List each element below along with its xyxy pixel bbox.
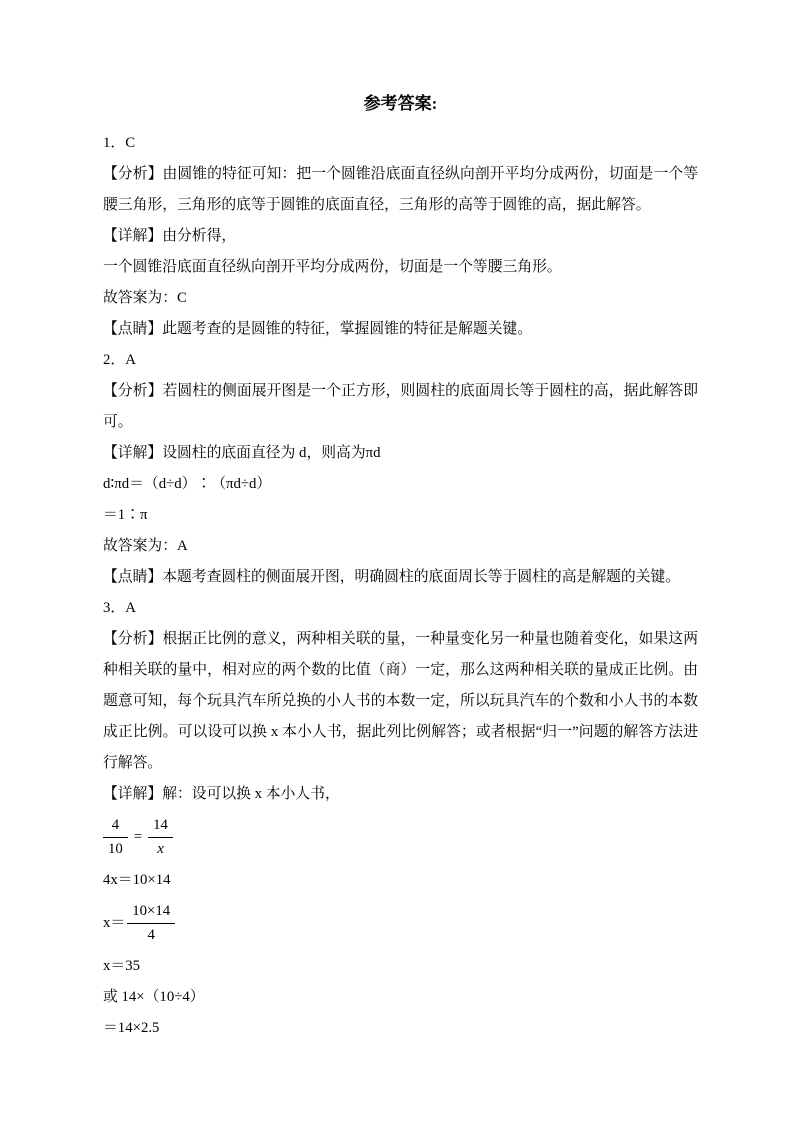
q3-step2-equation: x＝ 10×14 4 (103, 896, 698, 951)
q3-alt-step1: 或 14×（10÷4） (103, 982, 698, 1013)
q3-analysis-paragraph: 【分析】根据正比例的意义，两种相关联的量，一种量变化另一种量也随着变化，如果这两… (103, 624, 698, 779)
q1-answer-line: 1．C (103, 128, 698, 159)
q1-conclusion: 故答案为：C (103, 283, 698, 314)
step2-lhs: x＝ (103, 914, 125, 933)
q2-conclusion: 故答案为：A (103, 531, 698, 562)
fraction-right-numerator: 14 (148, 816, 173, 838)
q2-analysis-paragraph: 【分析】若圆柱的侧面展开图是一个正方形，则圆柱的底面周长等于圆柱的高，据此解答即… (103, 376, 698, 438)
q2-answer-line: 2．A (103, 345, 698, 376)
q2-detail-paragraph: 【详解】设圆柱的底面直径为 d，则高为πd (103, 438, 698, 469)
q3-answer-line: 3．A (103, 593, 698, 624)
q1-detail-body: 一个圆锥沿底面直径纵向剖开平均分成两份，切面是一个等腰三角形。 (103, 252, 698, 283)
fraction-right-denominator: x (148, 838, 173, 859)
q1-detail-intro: 【详解】由分析得， (103, 221, 698, 252)
q3-proportion-equation: 4 10 = 14 x (103, 810, 698, 865)
equals-sign: = (134, 828, 142, 847)
q3-step1: 4x＝10×14 (103, 865, 698, 896)
q1-analysis-paragraph: 【分析】由圆锥的特征可知：把一个圆锥沿底面直径纵向剖开平均分成两份，切面是一个等… (103, 159, 698, 221)
step2-fraction-denominator: 4 (127, 924, 175, 945)
fraction-left-denominator: 10 (103, 838, 128, 859)
q3-detail-intro: 【详解】解：设可以换 x 本小人书， (103, 779, 698, 810)
fraction-left-numerator: 4 (103, 816, 128, 838)
q2-note-paragraph: 【点睛】本题考查圆柱的侧面展开图，明确圆柱的底面周长等于圆柱的高是解题的关键。 (103, 562, 698, 593)
answer-sheet-page: 参考答案: 1．C 【分析】由圆锥的特征可知：把一个圆锥沿底面直径纵向剖开平均分… (0, 0, 793, 1122)
step2-fraction-numerator: 10×14 (127, 902, 175, 924)
q3-alt-step2: ＝14×2.5 (103, 1013, 698, 1044)
q1-note-paragraph: 【点睛】此题考查的是圆锥的特征，掌握圆锥的特征是解题关键。 (103, 314, 698, 345)
q2-equation-result: ＝1∶π (103, 500, 698, 531)
page-title: 参考答案: (103, 88, 698, 119)
fraction-left: 4 10 (103, 816, 128, 859)
step2-fraction: 10×14 4 (127, 902, 175, 945)
q2-equation-ratio: d∶πd＝（d÷d）∶（πd÷d） (103, 469, 698, 500)
q3-step3: x＝35 (103, 951, 698, 982)
fraction-right: 14 x (148, 816, 173, 859)
